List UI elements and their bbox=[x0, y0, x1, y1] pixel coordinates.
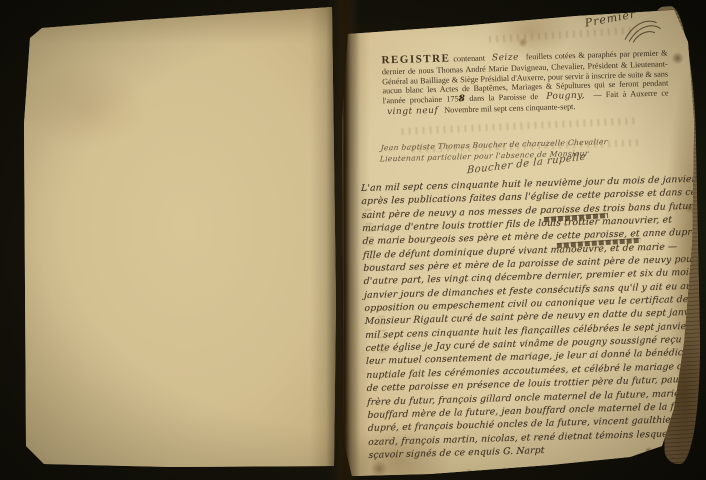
printed-text-segment: — Fait à Auxerre ce bbox=[589, 89, 669, 100]
act-body: L'an mil sept cens cinquante huit le neu… bbox=[361, 173, 703, 462]
paraph-flourish-icon bbox=[622, 17, 663, 44]
handwritten-fill-in: vingt neuf bbox=[383, 106, 443, 118]
handwritten-fill-in: Seize bbox=[488, 52, 523, 63]
handwritten-fill-in: Pougny, bbox=[542, 91, 589, 102]
book-gutter-shadow bbox=[326, 0, 360, 480]
scanned-register-photo: Premier REGISTRE contenant Seize feuille… bbox=[0, 0, 706, 480]
blank-left-page bbox=[22, 4, 336, 468]
ink-bleedthrough bbox=[487, 27, 637, 43]
ink-bleedthrough bbox=[399, 117, 639, 135]
printed-text-segment: dans la Paroisse de bbox=[465, 92, 543, 103]
register-right-page: Premier REGISTRE contenant Seize feuille… bbox=[340, 2, 706, 480]
right-page-content: Premier REGISTRE contenant Seize feuille… bbox=[336, 0, 706, 480]
printed-text-segment: contenant bbox=[450, 53, 488, 63]
printed-header: REGISTRE contenant Seize feuillets cotée… bbox=[381, 48, 669, 118]
printed-text-segment: REGISTRE bbox=[381, 53, 450, 67]
